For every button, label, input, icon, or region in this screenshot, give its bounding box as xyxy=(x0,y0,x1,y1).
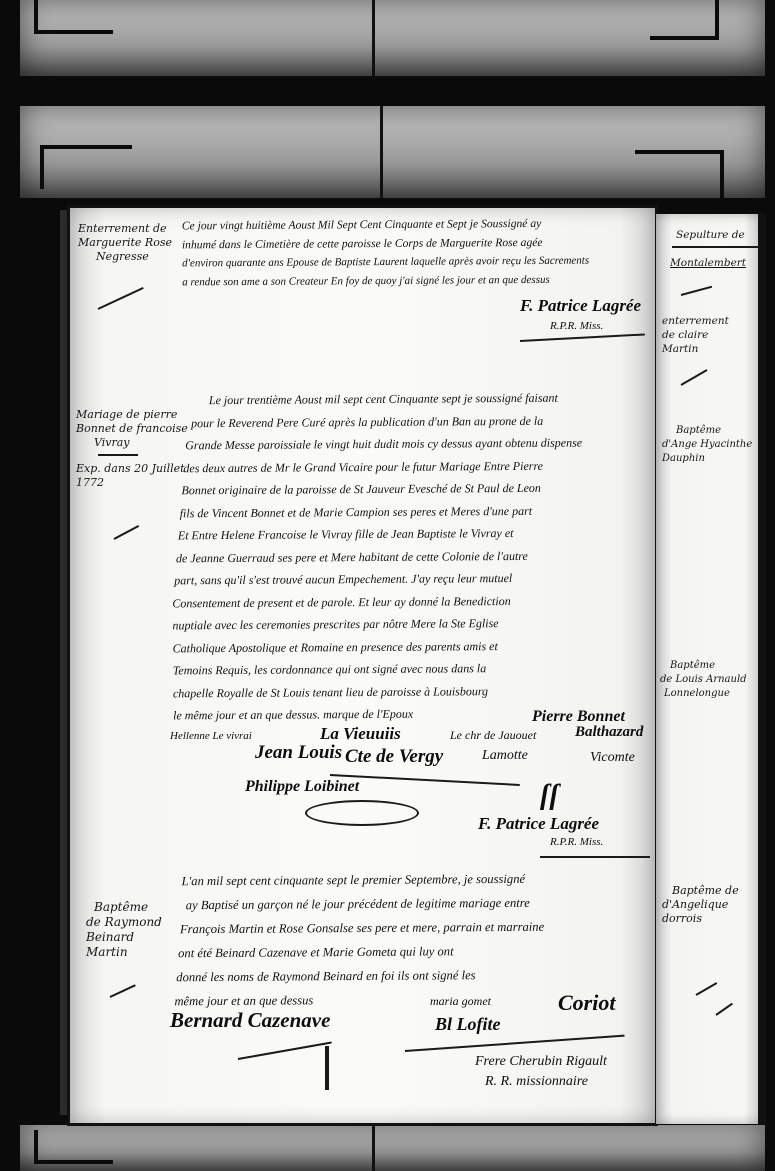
right-note-sepulture: Sepulture de Montalembert xyxy=(662,228,762,270)
signature-flourish xyxy=(305,800,419,826)
margin-dash xyxy=(110,984,136,998)
right-note-bapteme-dauphin: Baptême d'Ange Hyacinthe Dauphin xyxy=(662,424,752,466)
signature-underline xyxy=(540,856,650,858)
entry-line: chapelle Royalle de St Louis tenant lieu… xyxy=(157,679,584,704)
margin-line: Beinard xyxy=(86,930,162,945)
margin-dash xyxy=(681,369,708,386)
margin-line: Martin xyxy=(86,945,162,960)
margin-line: Marguerite Rose xyxy=(78,236,172,250)
entry-burial: Ce jour vingt huitième Aoust Mil Sept Ce… xyxy=(182,215,590,292)
signature-missionnaire: R. R. missionnaire xyxy=(485,1074,588,1090)
signature-title-2: R.P.R. Miss. xyxy=(550,836,603,848)
margin-line: Martin xyxy=(662,342,729,356)
signature-la-vieuuiis: La Vieuuiis xyxy=(320,724,401,744)
entry-marriage: Le jour trentième Aoust mil sept cent Ci… xyxy=(155,387,584,727)
margin-dash xyxy=(696,982,718,996)
margin-dash xyxy=(98,454,138,456)
entry-line: ont été Beinard Cazenave et Marie Gometa… xyxy=(170,939,544,966)
corner-bracket xyxy=(650,0,719,40)
entry-baptism: L'an mil sept cent cinquante sept le pre… xyxy=(170,867,545,1014)
signature-maria-gomet: maria gomet xyxy=(430,994,491,1009)
mark-of-bride: Hellenne Le vivrai xyxy=(170,730,252,742)
signature-coriot: Coriot xyxy=(558,990,615,1016)
margin-line: Sepulture de xyxy=(662,228,762,242)
margin-line: Baptême xyxy=(662,424,752,438)
margin-line: Baptême de xyxy=(662,884,739,898)
film-strip-bottom xyxy=(20,1125,765,1171)
entry-line: Ce jour vingt huitième Aoust Mil Sept Ce… xyxy=(182,215,589,236)
corner-bracket xyxy=(34,0,113,34)
margin-line: Dauphin xyxy=(662,452,752,466)
entry-line: Consentement de present et de parole. Et… xyxy=(156,589,583,614)
margin-line: d'Ange Hyacinthe xyxy=(662,438,752,452)
signature-vicomte: Vicomte xyxy=(590,750,635,766)
entry-line: Catholique Apostolique et Romaine en pre… xyxy=(157,634,584,659)
register-page: Enterrement de Marguerite Rose Negresse … xyxy=(70,208,655,1123)
strip-divider xyxy=(372,0,375,76)
signature-frere-cherubin: Frere Cherubin Rigault xyxy=(475,1054,607,1070)
entry-line: Grande Messe paroissiale le vingt huit d… xyxy=(155,432,582,457)
entry-line: des deux autres de Mr le Grand Vicaire p… xyxy=(155,454,582,479)
margin-line: enterrement xyxy=(662,314,729,328)
entry-line: François Martin et Rose Gonsalse ses per… xyxy=(170,915,544,942)
corner-bracket xyxy=(635,150,724,204)
signature-chevalier-de-jauouet: Le chr de Jauouet xyxy=(450,728,536,743)
margin-line: Montalembert xyxy=(662,256,762,270)
entry-line: fils de Vincent Bonnet et de Marie Campi… xyxy=(156,499,583,524)
right-note-bapteme-lonnelongue: Baptême de Louis Arnauld Lonnelongue xyxy=(660,659,747,701)
right-note-bapteme-angelique: Baptême de d'Angelique dorrois xyxy=(662,884,739,926)
signature-patrice-lagree: F. Patrice Lagrée xyxy=(520,296,641,316)
signature-stroke xyxy=(405,1035,625,1052)
margin-line: d'Angelique xyxy=(662,898,739,912)
signature-title: R.P.R. Miss. xyxy=(550,320,603,332)
signature-philippe-loibinet: Philippe Loibinet xyxy=(245,778,359,796)
signature-flourish-mark: ſſ xyxy=(540,780,559,812)
margin-line: de Raymond xyxy=(86,915,162,930)
signature-balthazard: Balthazard xyxy=(575,724,643,741)
margin-line: Enterrement de xyxy=(78,222,172,236)
margin-line: Lonnelongue xyxy=(660,687,747,701)
margin-line: de Louis Arnauld xyxy=(660,673,747,687)
entry-line: pour le Reverend Pere Curé après la publ… xyxy=(155,409,582,434)
margin-line: dorrois xyxy=(662,912,739,926)
margin-dash xyxy=(681,286,712,296)
entry-line: a rendue son ame a son Createur En foy d… xyxy=(182,270,589,291)
entry-line: ay Baptisé un garçon né le jour précéden… xyxy=(170,891,544,918)
margin-line: Baptême xyxy=(660,659,747,673)
margin-note-burial: Enterrement de Marguerite Rose Negresse xyxy=(78,222,172,264)
entry-line: Temoins Requis, les cordonnance qui ont … xyxy=(157,657,584,682)
entry-line: de Jeanne Guerraud ses pere et Mere habi… xyxy=(156,544,583,569)
signature-stroke xyxy=(238,1042,332,1060)
entry-line: d'environ quarante ans Epouse de Baptist… xyxy=(182,252,589,273)
entry-line: L'an mil sept cent cinquante sept le pre… xyxy=(170,867,544,894)
margin-note-baptism: Baptême de Raymond Beinard Martin xyxy=(86,900,162,960)
margin-line: Baptême xyxy=(86,900,162,915)
margin-dash xyxy=(98,287,144,310)
margin-line: de claire xyxy=(662,328,729,342)
signature-stroke xyxy=(325,1046,329,1090)
corner-bracket xyxy=(40,145,132,189)
entry-line: nuptiale avec les ceremonies prescrites … xyxy=(156,612,583,637)
signature-jean-louis: Jean Louis xyxy=(255,742,342,764)
adjacent-page: Sepulture de Montalembert enterrement de… xyxy=(656,214,766,1124)
corner-bracket xyxy=(34,1130,113,1164)
signature-lamotte: Lamotte xyxy=(482,748,528,764)
entry-line: Et Entre Helene Francoise le Vivray fill… xyxy=(156,522,583,547)
entry-line: Bonnet originaire de la paroisse de St J… xyxy=(155,477,582,502)
signature-underline xyxy=(520,333,645,342)
entry-line: part, sans qu'il s'est trouvé aucun Empe… xyxy=(156,567,583,592)
margin-dash xyxy=(715,1003,733,1016)
signature-patrice-lagree-2: F. Patrice Lagrée xyxy=(478,814,599,834)
page-edge-shadow xyxy=(758,214,766,1124)
strip-divider xyxy=(372,1125,375,1171)
signature-bernard-cazenave: Bernard Cazenave xyxy=(170,1008,330,1033)
entry-line: donné les noms de Raymond Beinard en foi… xyxy=(170,963,544,990)
signature-bl-lofite: Bl Lofite xyxy=(435,1014,501,1035)
margin-line: Negresse xyxy=(78,250,172,264)
right-note-enterrement: enterrement de claire Martin xyxy=(662,314,729,356)
strikethrough-line xyxy=(672,246,762,248)
signature-comte-de-vergy: Cte de Vergy xyxy=(345,746,443,768)
entry-line: Le jour trentième Aoust mil sept cent Ci… xyxy=(155,387,582,412)
margin-dash xyxy=(114,525,140,540)
strip-divider xyxy=(380,106,383,198)
